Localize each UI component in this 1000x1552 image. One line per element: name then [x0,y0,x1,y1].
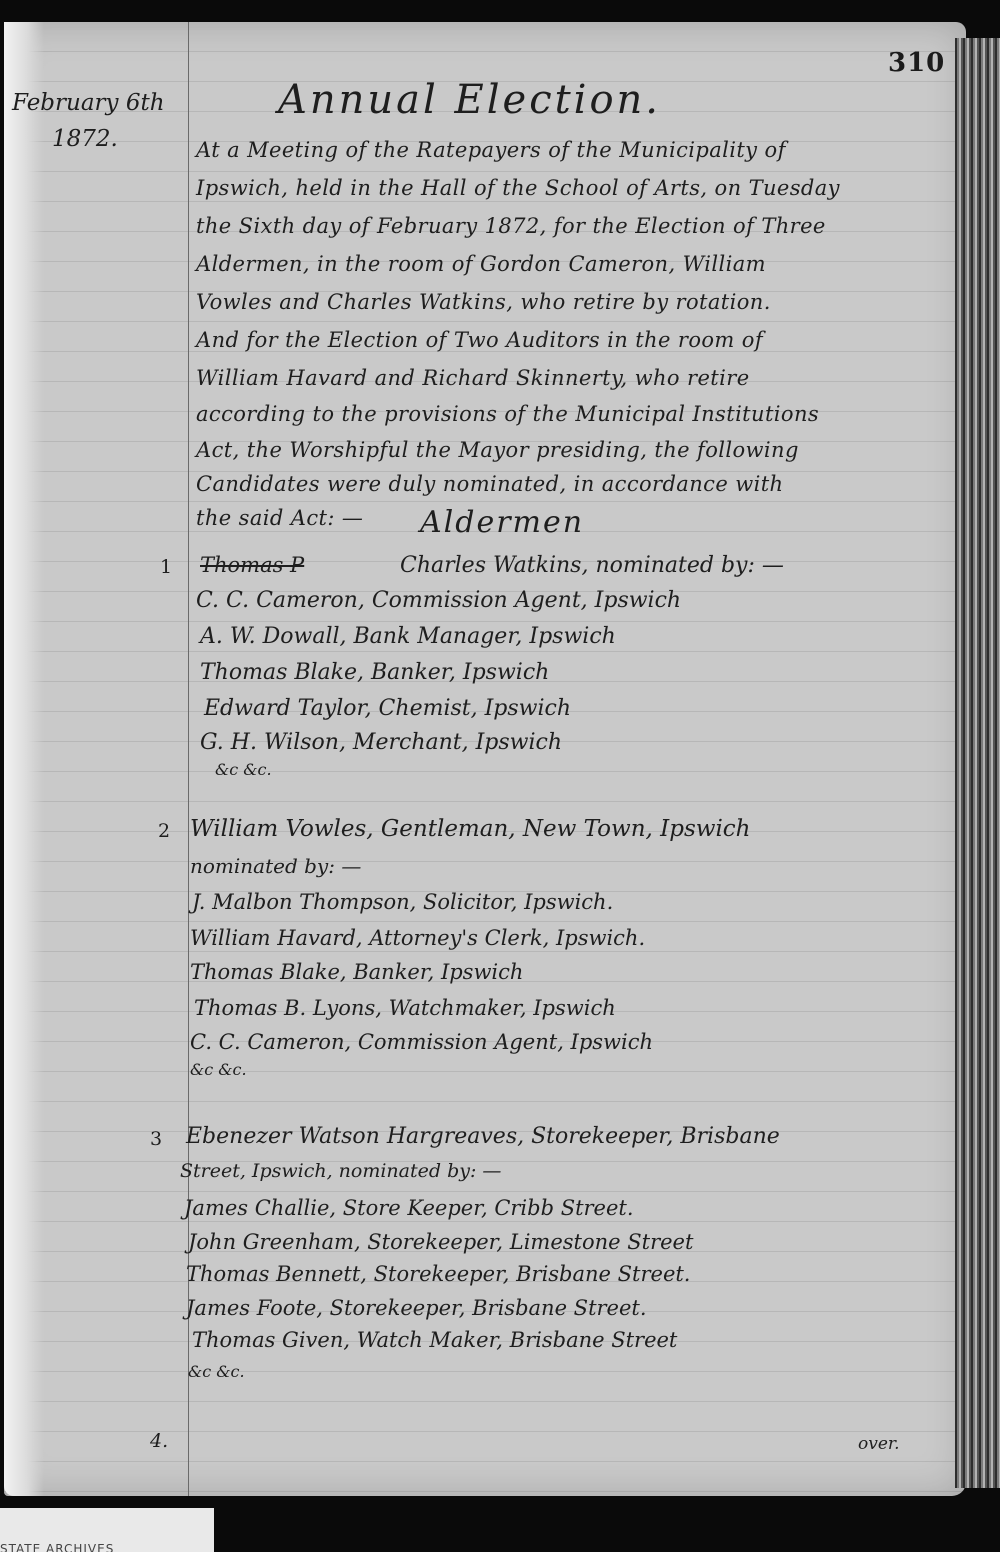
nominator: Thomas Given, Watch Maker, Brisbane Stre… [192,1330,677,1351]
candidate-name-line: nominated by: — [190,856,361,876]
nominator: John Greenham, Storekeeper, Limestone St… [188,1232,693,1253]
nominator: James Challie, Store Keeper, Cribb Stree… [184,1198,634,1219]
preamble-line: Ipswich, held in the Hall of the School … [196,178,840,199]
preamble-line: Aldermen, in the room of Gordon Cameron,… [196,254,766,275]
turn-over-note: over. [858,1436,900,1453]
candidate-number: 4. [150,1432,168,1451]
nominator: Edward Taylor, Chemist, Ipswich [204,698,571,720]
nominator: A. W. Dowall, Bank Manager, Ipswich [200,626,616,648]
candidate-number: 1 [160,558,172,577]
nominator: J. Malbon Thompson, Solicitor, Ipswich. [192,892,613,913]
etcetera: &c &c. [190,1062,247,1078]
nominator: Thomas Bennett, Storekeeper, Brisbane St… [186,1264,690,1285]
page-title: Annual Election. [278,80,661,120]
etcetera: &c &c. [188,1364,245,1380]
candidate-number: 3 [150,1130,162,1149]
nominator: James Foote, Storekeeper, Brisbane Stree… [186,1298,647,1319]
preamble-line: Candidates were duly nominated, in accor… [196,474,783,495]
preamble-line: Act, the Worshipful the Mayor presiding,… [196,440,799,461]
page-number: 310 [888,48,945,78]
nominator: C. C. Cameron, Commission Agent, Ipswich [190,1032,653,1053]
candidate-name-line: William Vowles, Gentleman, New Town, Ips… [190,818,751,841]
preamble-line: And for the Election of Two Auditors in … [196,330,763,351]
page-fold-highlight [4,22,44,1496]
nominator: G. H. Wilson, Merchant, Ipswich [200,732,562,754]
preamble-line: according to the provisions of the Munic… [196,404,819,425]
preamble-line: At a Meeting of the Ratepayers of the Mu… [196,140,786,161]
candidate-number: 2 [158,822,170,841]
nominator: Thomas Blake, Banker, Ipswich [200,662,549,684]
margin-date-line1: February 6th [12,92,165,115]
preamble-line: Vowles and Charles Watkins, who retire b… [196,292,771,313]
candidate-name-line: Street, Ipswich, nominated by: — [180,1162,501,1181]
struck-out-text: Thomas P [200,555,304,576]
nominator: Thomas Blake, Banker, Ipswich [190,962,523,983]
nominator: Thomas B. Lyons, Watchmaker, Ipswich [194,998,616,1019]
preamble-line: the Sixth day of February 1872, for the … [196,216,826,237]
margin-date-line2: 1872. [52,128,118,151]
nominator: C. C. Cameron, Commission Agent, Ipswich [196,590,681,612]
archive-label-card: STATE ARCHIVES [0,1508,214,1552]
candidate-name-line: Charles Watkins, nominated by: — [400,555,784,577]
section-heading-aldermen: Aldermen [420,508,584,538]
candidate-name-line: Ebenezer Watson Hargreaves, Storekeeper,… [186,1126,780,1148]
nominator: William Havard, Attorney's Clerk, Ipswic… [190,928,645,949]
preamble-line: the said Act: — [196,508,363,529]
archive-label-text: STATE ARCHIVES [0,1542,114,1552]
etcetera: &c &c. [215,762,272,778]
preamble-line: William Havard and Richard Skinnerty, wh… [196,368,750,389]
page-edges-stack [955,38,1000,1488]
